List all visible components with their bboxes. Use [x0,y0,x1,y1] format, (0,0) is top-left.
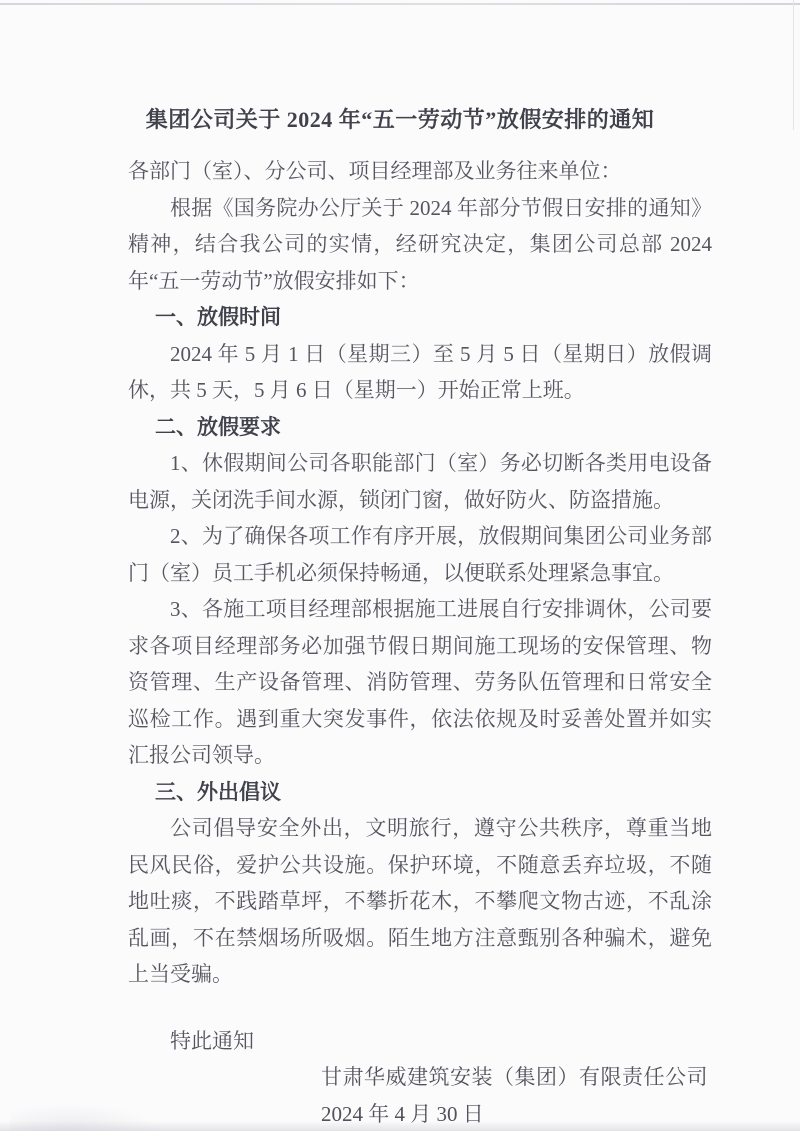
section-3-heading: 三、外出倡议 [128,774,712,811]
scan-edge-top-line [0,3,800,5]
closing-line: 特此通知 [128,1023,712,1060]
document-title: 集团公司关于 2024 年“五一劳动节”放假安排的通知 [0,0,800,135]
section-1-paragraph-1: 2024 年 5 月 1 日（星期三）至 5 月 5 日（星期日）放假调休，共 … [128,336,712,409]
section-2-paragraph-1: 1、休假期间公司各职能部门（室）务必切断各类用电设备电源，关闭洗手间水源，锁闭门… [128,445,712,518]
scan-edge-bottom-shade [0,1121,800,1131]
section-2-heading: 二、放假要求 [128,409,712,446]
intro-paragraph: 根据《国务院办公厅关于 2024 年部分节假日安排的通知》精神，结合我公司的实情… [128,190,712,300]
section-1-heading: 一、放假时间 [128,299,712,336]
scanned-notice-page: 集团公司关于 2024 年“五一劳动节”放假安排的通知 各部门（室）、分公司、项… [0,0,800,1131]
document-body: 各部门（室）、分公司、项目经理部及业务往来单位： 根据《国务院办公厅关于 202… [128,153,712,1131]
signature-company-name: 甘肃华威建筑安装（集团）有限责任公司 [321,1059,708,1096]
salutation-line: 各部门（室）、分公司、项目经理部及业务往来单位： [128,153,712,190]
scan-edge-right-line [793,0,794,130]
section-2-paragraph-3: 3、各施工项目经理部根据施工进展自行安排调休，公司要求各项目经理部务必加强节假日… [128,591,712,774]
section-2-paragraph-2: 2、为了确保各项工作有序开展，放假期间集团公司业务部门（室）员工手机必须保持畅通… [128,518,712,591]
section-3-paragraph-1: 公司倡导安全外出，文明旅行，遵守公共秩序，尊重当地民风民俗，爱护公共设施。保护环… [128,810,712,993]
